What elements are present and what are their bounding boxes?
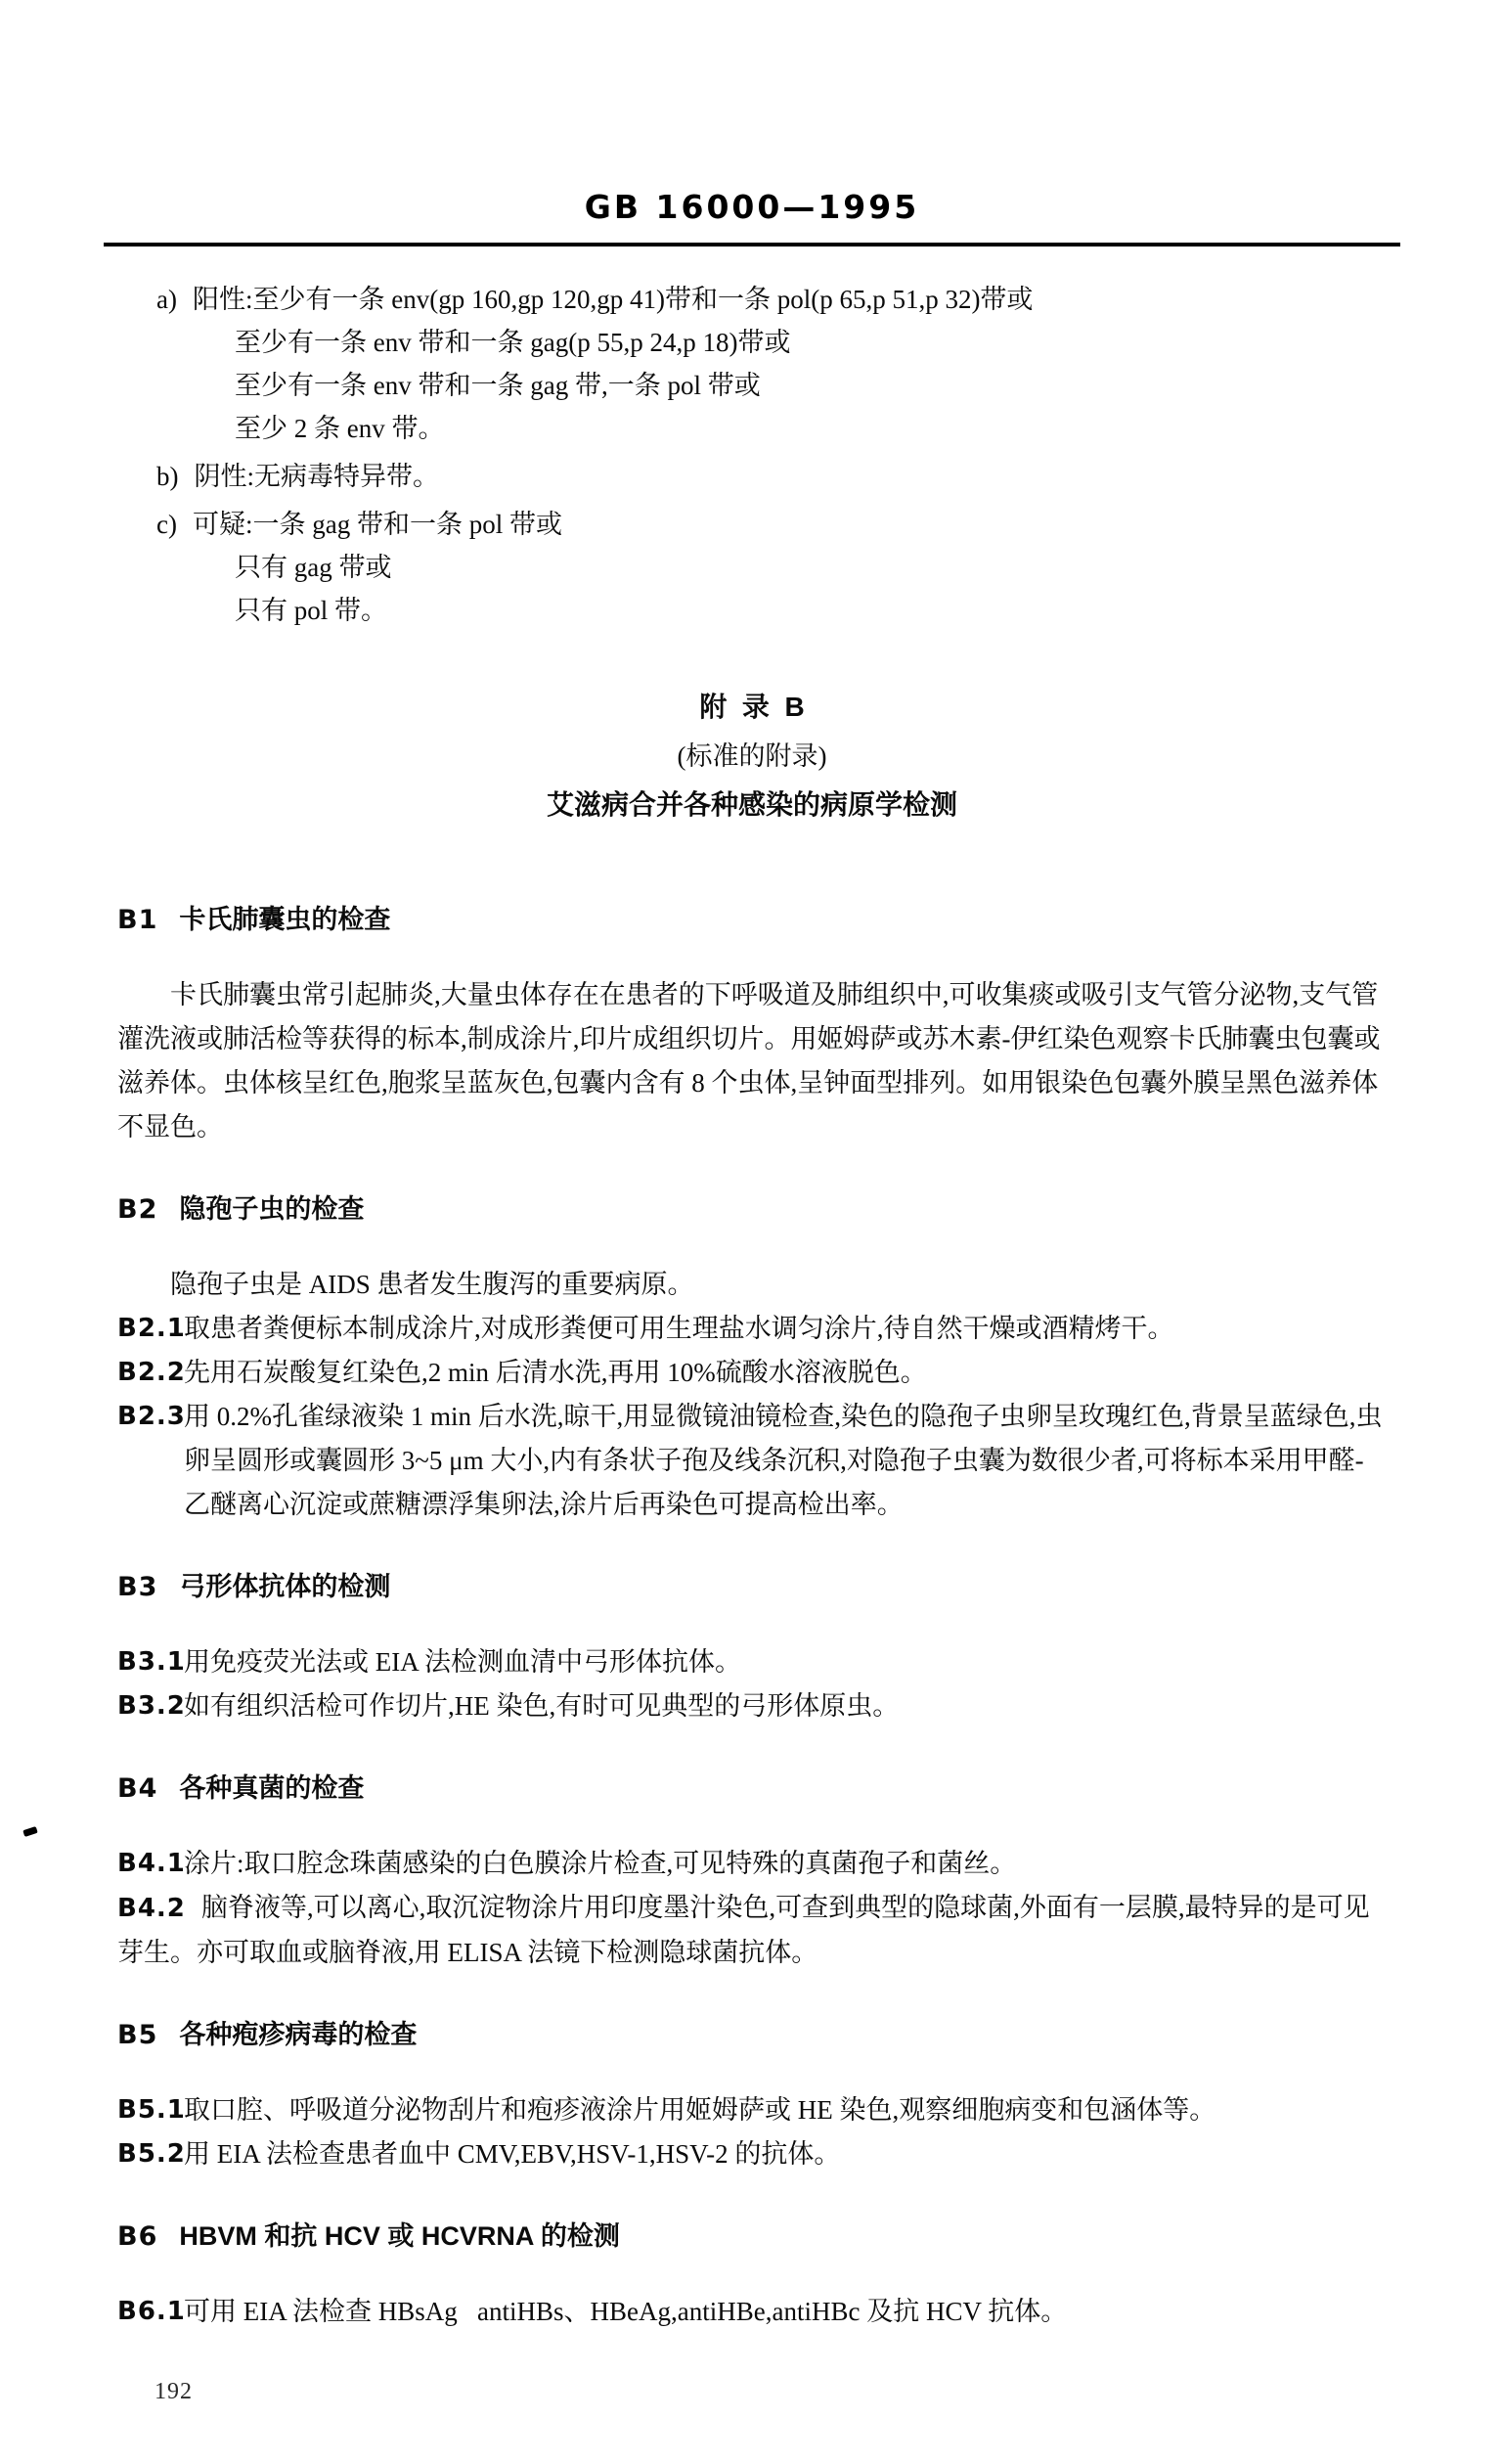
page-number: 192 (155, 2379, 1387, 2405)
section-b2-title: 隐孢子虫的检查 (179, 1194, 364, 1224)
section-b4-clauses: B4.1涂片:取口腔念珠菌感染的白色膜涂片检查,可见特殊的真菌孢子和菌丝。 B4… (117, 1842, 1387, 1975)
section-b2: B2隐孢子虫的检查 隐孢子虫是 AIDS 患者发生腹泻的重要病原。 B2.1取患… (117, 1193, 1387, 1527)
section-b5: B5各种疱疹病毒的检查 B5.1取口腔、呼吸道分泌物刮片和疱疹液涂片用姬姆萨或 … (117, 2019, 1387, 2176)
list-item-a-cont-2: 至少有一条 env 带和一条 gag 带,一条 pol 带或 (117, 364, 1387, 407)
standard-number: GB 16000—1995 (117, 188, 1387, 226)
section-b5-number: B5 (117, 2020, 157, 2051)
list-item-b: b)阴性:无病毒特异带。 (117, 455, 1387, 498)
section-b4-heading: B4各种真菌的检查 (117, 1772, 1387, 1805)
section-b2-clauses: B2.1取患者粪便标本制成涂片,对成形粪便可用生理盐水调匀涂片,待自然干燥或酒精… (117, 1307, 1387, 1527)
clause-b5-2-text: 用 EIA 法检查患者血中 CMV,EBV,HSV-1,HSV-2 的抗体。 (184, 2139, 840, 2169)
section-b1-paragraph: 卡氏肺囊虫常引起肺炎,大量虫体存在在患者的下呼吸道及肺组织中,可收集痰或吸引支气… (117, 973, 1387, 1149)
clause-b3-1-text: 用免疫荧光法或 EIA 法检测血清中弓形体抗体。 (184, 1647, 741, 1677)
clause-b4-2: B4.2脑脊液等,可以离心,取沉淀物涂片用印度墨汁染色,可查到典型的隐球菌,外面… (117, 1886, 1387, 1975)
clause-b2-3-text: 用 0.2%孔雀绿液染 1 min 后水洗,晾干,用显微镜油镜检查,染色的隐孢子… (184, 1402, 1383, 1519)
clause-b3-1-number: B3.1 (117, 1640, 186, 1684)
clause-b2-1: B2.1取患者粪便标本制成涂片,对成形粪便可用生理盐水调匀涂片,待自然干燥或酒精… (117, 1307, 1387, 1351)
clause-b4-1: B4.1涂片:取口腔念珠菌感染的白色膜涂片检查,可见特殊的真菌孢子和菌丝。 (117, 1842, 1387, 1886)
clause-b5-1-number: B5.1 (117, 2088, 186, 2132)
clause-b2-1-text: 取患者粪便标本制成涂片,对成形粪便可用生理盐水调匀涂片,待自然干燥或酒精烤干。 (184, 1314, 1174, 1343)
list-item-a: a)阳性:至少有一条 env(gp 160,gp 120,gp 41)带和一条 … (117, 278, 1387, 321)
list-item-c-cont-2: 只有 pol 带。 (117, 589, 1387, 632)
dot-artifact (557, 1082, 561, 1086)
clause-b3-2: B3.2如有组织活检可作切片,HE 染色,有时可见典型的弓形体原虫。 (117, 1684, 1387, 1728)
list-label-b: b) (156, 462, 179, 491)
clause-b5-2: B5.2用 EIA 法检查患者血中 CMV,EBV,HSV-1,HSV-2 的抗… (117, 2132, 1387, 2176)
list-label-a: a) (156, 285, 177, 314)
section-b3-clauses: B3.1用免疫荧光法或 EIA 法检测血清中弓形体抗体。 B3.2如有组织活检可… (117, 1640, 1387, 1728)
clause-b2-3-number: B2.3 (117, 1395, 186, 1439)
list-item-c: c)可疑:一条 gag 带和一条 pol 带或 (117, 503, 1387, 546)
section-b6: B6HBVM 和抗 HCV 或 HCVRNA 的检测 B6.1可用 EIA 法检… (117, 2220, 1387, 2334)
clause-b2-1-number: B2.1 (117, 1307, 186, 1351)
section-b6-title: HBVM 和抗 HCV 或 HCVRNA 的检测 (179, 2221, 620, 2251)
section-b1-number: B1 (117, 905, 157, 936)
appendix-main-heading: 艾滋病合并各种感染的病原学检测 (117, 790, 1387, 820)
clause-b2-2-number: B2.2 (117, 1351, 186, 1395)
section-b6-heading: B6HBVM 和抗 HCV 或 HCVRNA 的检测 (117, 2220, 1387, 2253)
section-b2-number: B2 (117, 1194, 157, 1226)
list-item-a-cont-3: 至少 2 条 env 带。 (117, 407, 1387, 450)
section-b2-heading: B2隐孢子虫的检查 (117, 1193, 1387, 1226)
clause-b4-2-number: B4.2 (117, 1894, 186, 1923)
section-b1: B1卡氏肺囊虫的检查 卡氏肺囊虫常引起肺炎,大量虫体存在在患者的下呼吸道及肺组织… (117, 904, 1387, 1149)
clause-b6-1-text: 可用 EIA 法检查 HBsAg antiHBs、HBeAg,antiHBe,a… (184, 2297, 1067, 2326)
list-text-b: 阴性:无病毒特异带。 (195, 462, 440, 491)
list-text-a: 阳性:至少有一条 env(gp 160,gp 120,gp 41)带和一条 po… (193, 285, 1033, 314)
section-b5-heading: B5各种疱疹病毒的检查 (117, 2019, 1387, 2051)
section-b4-title: 各种真菌的检查 (179, 1773, 364, 1803)
document-page: GB 16000—1995 a)阳性:至少有一条 env(gp 160,gp 1… (0, 0, 1502, 2464)
clause-b3-2-text: 如有组织活检可作切片,HE 染色,有时可见典型的弓形体原虫。 (184, 1691, 899, 1721)
clause-b3-1: B3.1用免疫荧光法或 EIA 法检测血清中弓形体抗体。 (117, 1640, 1387, 1684)
clause-b4-1-number: B4.1 (117, 1842, 186, 1886)
clause-b2-2: B2.2先用石炭酸复红染色,2 min 后清水洗,再用 10%硫酸水溶液脱色。 (117, 1351, 1387, 1395)
clause-b2-2-text: 先用石炭酸复红染色,2 min 后清水洗,再用 10%硫酸水溶液脱色。 (184, 1358, 927, 1387)
list-label-c: c) (156, 510, 177, 539)
list-item-a-cont-1: 至少有一条 env 带和一条 gag(p 55,p 24,p 18)带或 (117, 321, 1387, 364)
section-b6-number: B6 (117, 2221, 157, 2253)
section-b4: B4各种真菌的检查 B4.1涂片:取口腔念珠菌感染的白色膜涂片检查,可见特殊的真… (117, 1772, 1387, 1975)
list-text-c: 可疑:一条 gag 带和一条 pol 带或 (193, 510, 562, 539)
section-b3-number: B3 (117, 1572, 157, 1603)
section-b3: B3弓形体抗体的检测 B3.1用免疫荧光法或 EIA 法检测血清中弓形体抗体。 … (117, 1571, 1387, 1728)
header-rule (104, 243, 1400, 246)
clause-b6-1-number: B6.1 (117, 2290, 186, 2334)
section-b5-title: 各种疱疹病毒的检查 (179, 2020, 417, 2049)
clause-b6-1: B6.1可用 EIA 法检查 HBsAg antiHBs、HBeAg,antiH… (117, 2290, 1387, 2334)
appendix-title: 附 录 B (117, 693, 1387, 722)
clause-b3-2-number: B3.2 (117, 1684, 186, 1728)
section-b3-heading: B3弓形体抗体的检测 (117, 1571, 1387, 1603)
ink-blot-artifact (22, 1826, 37, 1837)
clause-b5-2-number: B5.2 (117, 2132, 186, 2176)
section-b3-title: 弓形体抗体的检测 (179, 1572, 390, 1601)
clause-b4-2-text: 脑脊液等,可以离心,取沉淀物涂片用印度墨汁染色,可查到典型的隐球菌,外面有一层膜… (117, 1893, 1370, 1967)
section-b1-title: 卡氏肺囊虫的检查 (179, 905, 390, 934)
clause-b5-1: B5.1取口腔、呼吸道分泌物刮片和疱疹液涂片用姬姆萨或 HE 染色,观察细胞病变… (117, 2088, 1387, 2132)
clause-b2-3: B2.3用 0.2%孔雀绿液染 1 min 后水洗,晾干,用显微镜油镜检查,染色… (117, 1395, 1387, 1527)
section-b6-clauses: B6.1可用 EIA 法检查 HBsAg antiHBs、HBeAg,antiH… (117, 2290, 1387, 2334)
section-b1-heading: B1卡氏肺囊虫的检查 (117, 904, 1387, 936)
clause-b5-1-text: 取口腔、呼吸道分泌物刮片和疱疹液涂片用姬姆萨或 HE 染色,观察细胞病变和包涵体… (184, 2095, 1215, 2125)
section-b2-paragraph: 隐孢子虫是 AIDS 患者发生腹泻的重要病原。 (117, 1263, 1387, 1307)
section-b4-number: B4 (117, 1773, 157, 1805)
clause-b4-1-text: 涂片:取口腔念珠菌感染的白色膜涂片检查,可见特殊的真菌孢子和菌丝。 (184, 1849, 1016, 1878)
appendix-heading-block: 附 录 B (标准的附录) 艾滋病合并各种感染的病原学检测 (117, 693, 1387, 820)
appendix-subtitle: (标准的附录) (117, 735, 1387, 778)
list-item-c-cont-1: 只有 gag 带或 (117, 546, 1387, 589)
section-b5-clauses: B5.1取口腔、呼吸道分泌物刮片和疱疹液涂片用姬姆萨或 HE 染色,观察细胞病变… (117, 2088, 1387, 2176)
criteria-list: a)阳性:至少有一条 env(gp 160,gp 120,gp 41)带和一条 … (117, 278, 1387, 632)
